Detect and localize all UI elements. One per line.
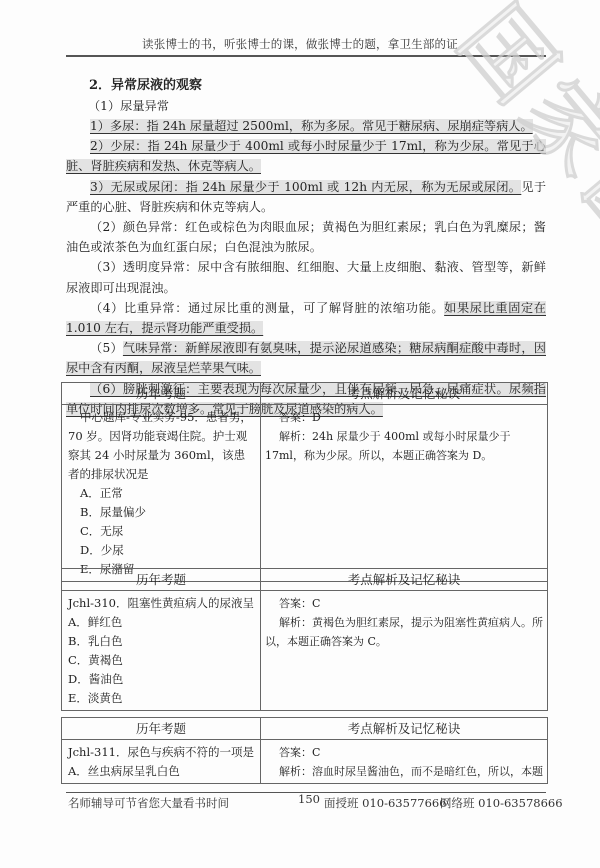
- exam-table-1: 历年考题 考点解析及记忆秘诀 中心题库-专业实务-95．患者男，70 岁。因肾功…: [61, 382, 548, 582]
- paragraph-gravity: （4）比重异常：通过尿比重的测量，可了解肾脏的浓缩功能。如果尿比重固定在 1.0…: [66, 298, 546, 338]
- page-header-slogan: 读张博士的书，听张博士的课，做张博士的题，拿卫生部的证: [0, 36, 600, 52]
- paragraph-odor: （5）气味异常：新鲜尿液即有氨臭味，提示泌尿道感染；糖尿病酮症酸中毒时，因尿中含…: [66, 338, 546, 378]
- table-3-head-right: 考点解析及记忆秘诀: [261, 718, 548, 740]
- question-text: Jchl-310．阻塞性黄疸病人的尿液呈: [68, 594, 254, 613]
- paragraph-anuria: 3）无尿或尿闭：指 24h 尿量少于 100ml 或 12h 内无尿，称为无尿或…: [66, 177, 546, 217]
- analysis-text: 解析：溶血时尿呈酱油色，而不是暗红色，所以，本题正: [265, 762, 543, 781]
- option-e: E．淡黄色: [68, 689, 254, 708]
- table-2-head-right: 考点解析及记忆秘诀: [261, 569, 548, 591]
- header-rule: [66, 55, 546, 57]
- paragraph-color: （2）颜色异常：红色或棕色为肉眼血尿；黄褐色为胆红素尿；乳白色为乳糜尿；酱油色或…: [66, 217, 546, 257]
- table-1-question-cell: 中心题库-专业实务-95．患者男，70 岁。因肾功能衰竭住院。护士观察其 24 …: [62, 405, 261, 582]
- question-text: 中心题库-专业实务-95．患者男，70 岁。因肾功能衰竭住院。护士观察其 24 …: [68, 408, 254, 484]
- option-d: D．酱油色: [68, 670, 254, 689]
- table-3-answer-cell: 答案：C 解析：溶血时尿呈酱油色，而不是暗红色，所以，本题正: [261, 740, 548, 784]
- table-2-answer-cell: 答案：C 解析：黄褐色为胆红素尿，提示为阻塞性黄疸病人。所以，本题正确答案为 C…: [261, 591, 548, 711]
- highlight-polyuria: 1）多尿：指 24h 尿量超过 2500ml，称为多尿。常见于糖尿病、尿崩症等病…: [90, 119, 533, 133]
- highlight-oliguria: 2）少尿：指 24h 尿量少于 400ml 或每小时尿量少于 17ml，称为少尿…: [66, 139, 546, 173]
- option-a: A．正常: [68, 484, 254, 503]
- answer-text: 答案：C: [265, 743, 543, 762]
- footer-tagline: 名师辅导可节省您大量看书时间: [68, 795, 229, 811]
- paragraph-polyuria: 1）多尿：指 24h 尿量超过 2500ml，称为多尿。常见于糖尿病、尿崩症等病…: [66, 116, 546, 136]
- option-a: A．丝虫病尿呈乳白色: [68, 762, 254, 781]
- exam-table-2: 历年考题 考点解析及记忆秘诀 Jchl-310．阻塞性黄疸病人的尿液呈 A．鲜红…: [61, 568, 548, 711]
- analysis-text: 解析：黄褐色为胆红素尿，提示为阻塞性黄疸病人。所以，本题正确答案为 C。: [265, 613, 543, 651]
- body-content: 2．异常尿液的观察 （1）尿量异常 1）多尿：指 24h 尿量超过 2500ml…: [66, 76, 546, 419]
- answer-text: 答案：C: [265, 594, 543, 613]
- table-1-answer-cell: 答案：D 解析：24h 尿量少于 400ml 或每小时尿量少于 17ml，称为少…: [261, 405, 548, 582]
- highlight-odor: 气味异常：新鲜尿液即有氨臭味，提示泌尿道感染；糖尿病酮症酸中毒时，因尿中含有丙酮…: [66, 341, 546, 375]
- option-b: B．尿量偏少: [68, 503, 254, 522]
- option-d: D．少尿: [68, 541, 254, 560]
- analysis-text: 解析：24h 尿量少于 400ml 或每小时尿量少于 17ml，称为少尿。所以，…: [265, 427, 543, 465]
- exam-table-3: 历年考题 考点解析及记忆秘诀 Jchl-311．尿色与疾病不符的一项是 A．丝虫…: [61, 717, 548, 784]
- footer-phone-online: 网络班 010-63578666: [440, 795, 563, 811]
- table-3-head-left: 历年考题: [62, 718, 261, 740]
- option-c: C．黄褐色: [68, 651, 254, 670]
- footer-phone-inperson: 面授班 010-63577666: [324, 795, 447, 811]
- option-c: C．无尿: [68, 522, 254, 541]
- table-1-head-right: 考点解析及记忆秘诀: [261, 383, 548, 405]
- odor-prefix: （5）: [90, 341, 123, 355]
- table-2-head-left: 历年考题: [62, 569, 261, 591]
- paragraph-oliguria: 2）少尿：指 24h 尿量少于 400ml 或每小时尿量少于 17ml，称为少尿…: [66, 136, 546, 176]
- section-title: 2．异常尿液的观察: [89, 76, 546, 96]
- paragraph-clarity: （3）透明度异常：尿中含有脓细胞、红细胞、大量上皮细胞、黏液、管型等，新鲜尿液即…: [66, 257, 546, 297]
- answer-text: 答案：D: [265, 408, 543, 427]
- page-number: 150: [298, 792, 320, 806]
- option-b: B．乳白色: [68, 632, 254, 651]
- option-a: A．鲜红色: [68, 613, 254, 632]
- gravity-plain: （4）比重异常：通过尿比重的测量，可了解肾脏的浓缩功能。: [90, 301, 444, 315]
- table-3-question-cell: Jchl-311．尿色与疾病不符的一项是 A．丝虫病尿呈乳白色: [62, 740, 261, 784]
- table-1-head-left: 历年考题: [62, 383, 261, 405]
- subsection-urine-volume: （1）尿量异常: [88, 96, 546, 116]
- table-2-question-cell: Jchl-310．阻塞性黄疸病人的尿液呈 A．鲜红色 B．乳白色 C．黄褐色 D…: [62, 591, 261, 711]
- highlight-anuria: 3）无尿或尿闭：指 24h 尿量少于 100ml 或 12h 内无尿，称为无尿或…: [90, 180, 521, 194]
- question-text: Jchl-311．尿色与疾病不符的一项是: [68, 743, 254, 762]
